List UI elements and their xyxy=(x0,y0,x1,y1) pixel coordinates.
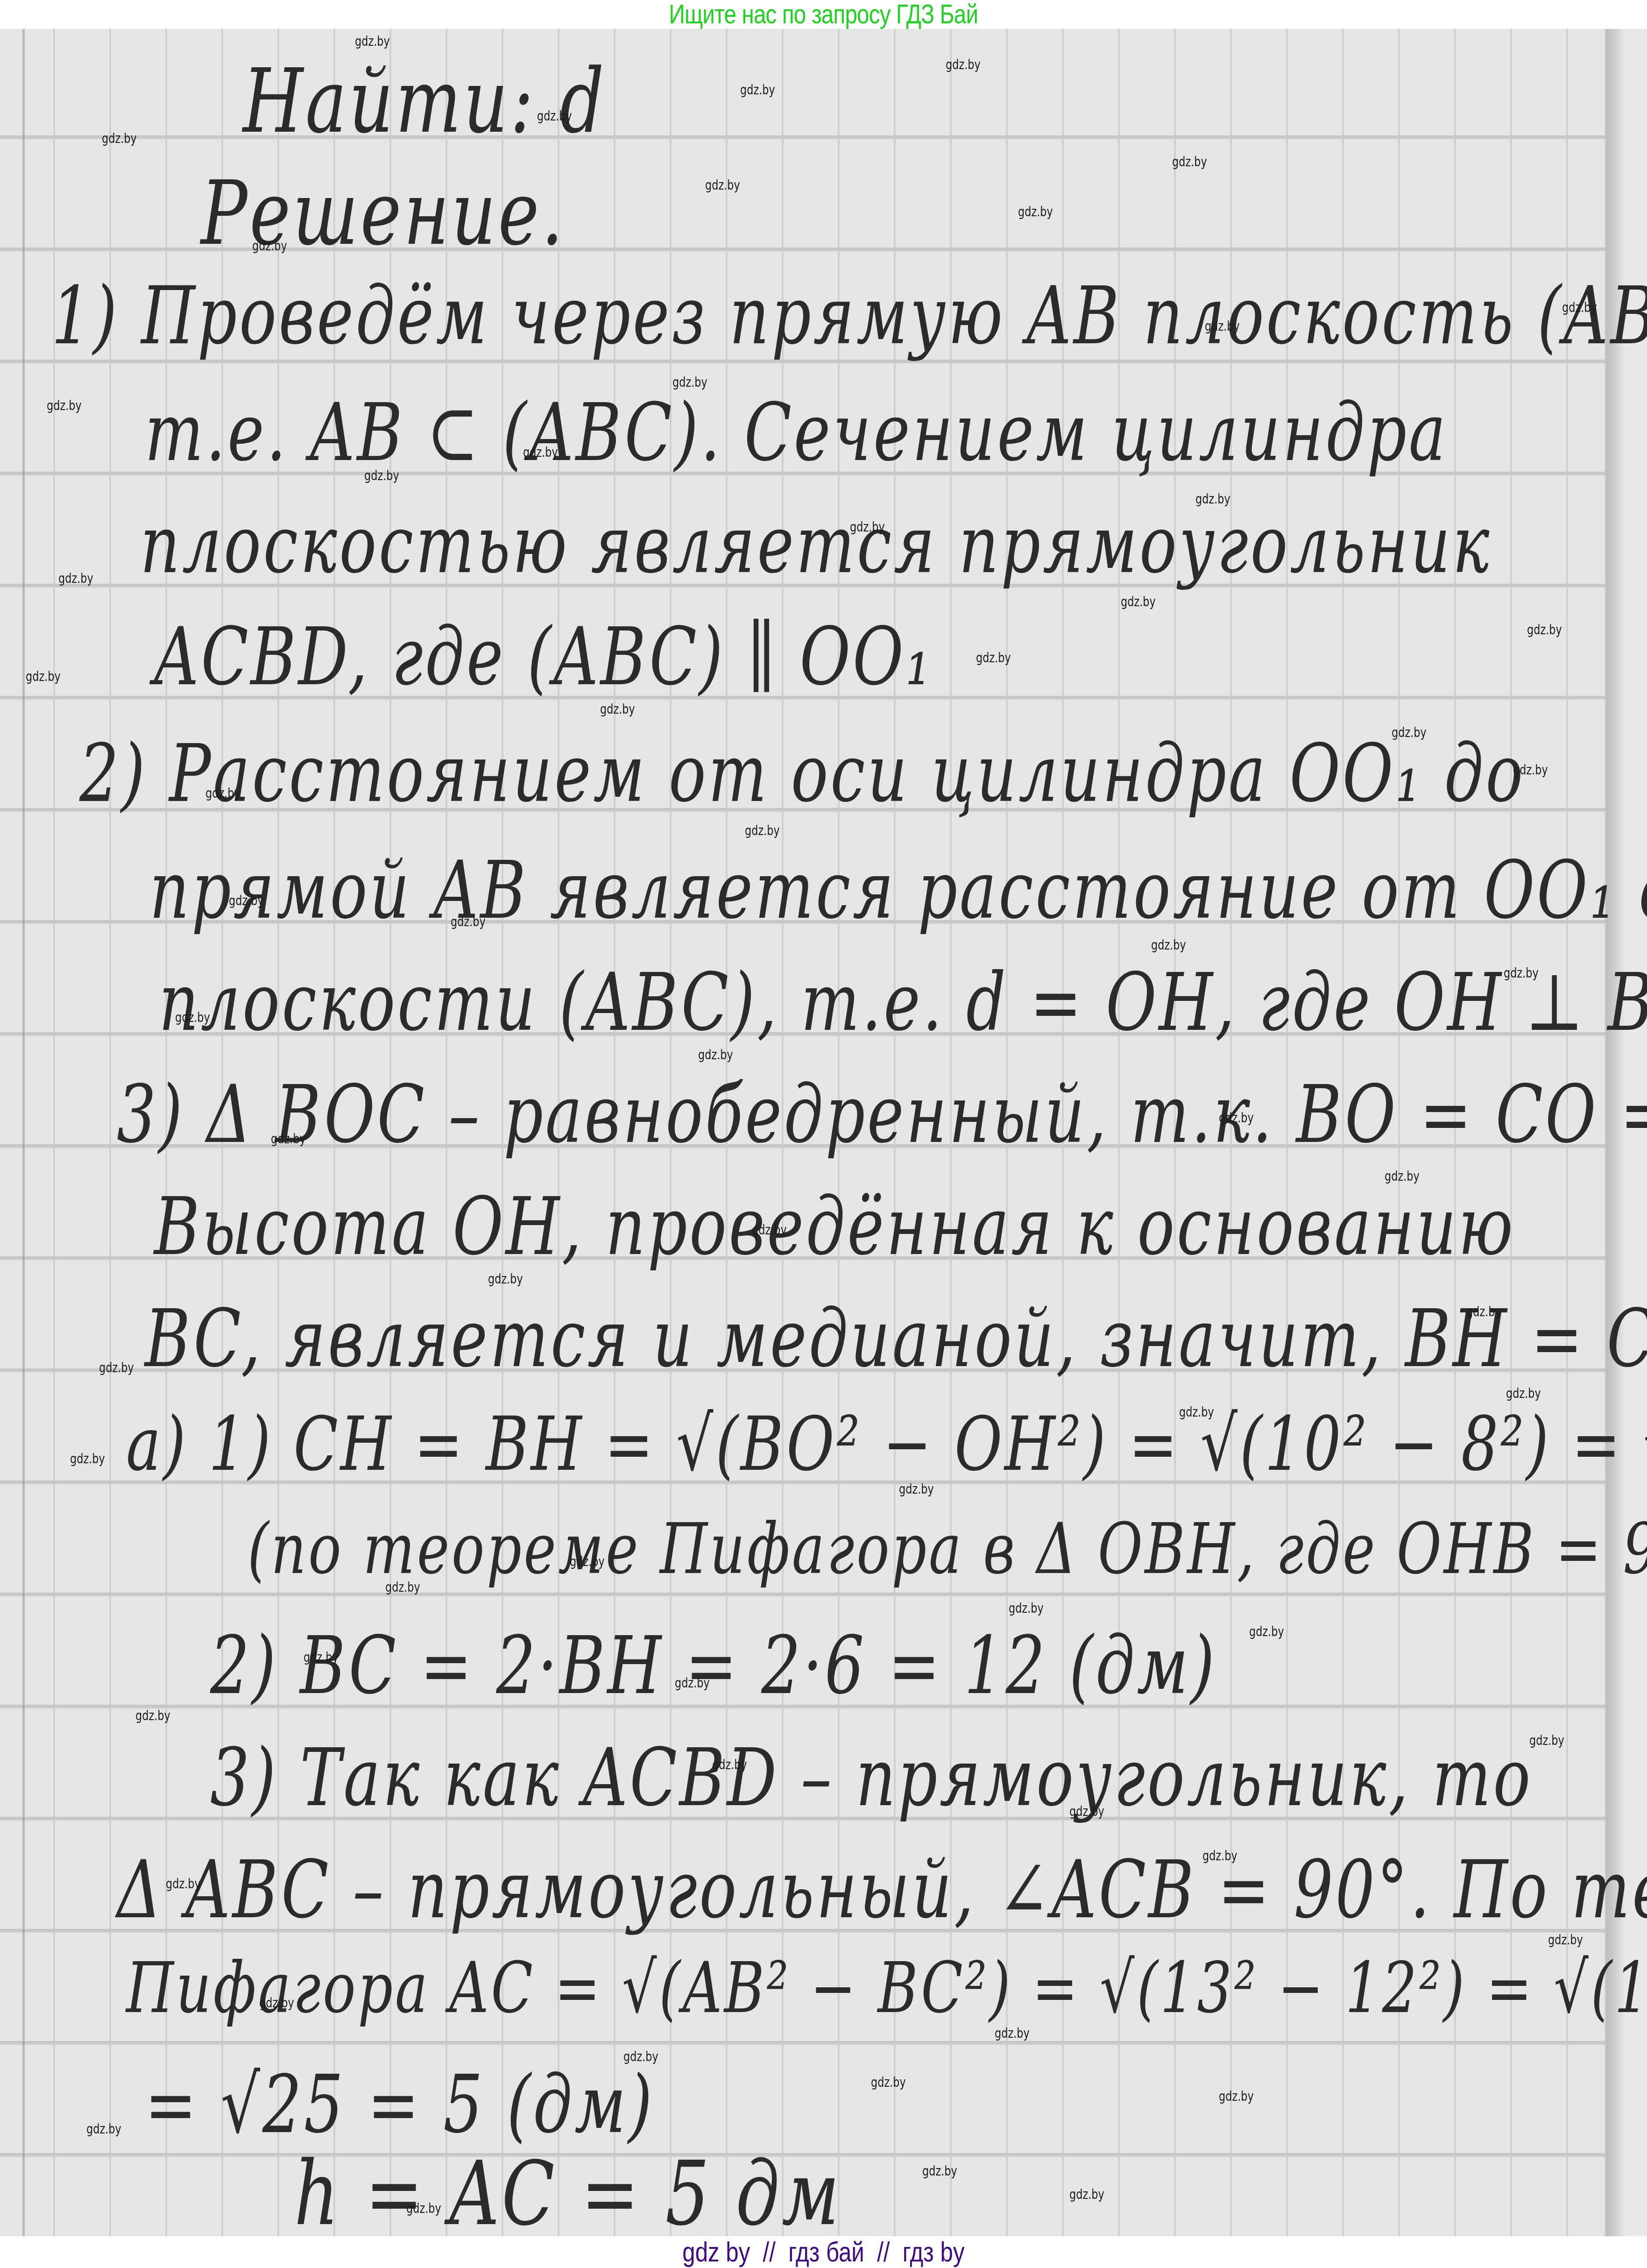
watermark: gdz.by xyxy=(175,1010,210,1025)
watermark: gdz.by xyxy=(946,57,981,72)
watermark: gdz.by xyxy=(355,34,390,49)
watermark: gdz.by xyxy=(1385,1169,1420,1184)
step-2-line-1: 2) Расстоянием от оси цилиндра OO₁ до xyxy=(79,734,1525,814)
watermark: gdz.by xyxy=(1179,1404,1214,1420)
watermark: gdz.by xyxy=(752,1222,787,1238)
watermark: gdz.by xyxy=(899,1481,934,1497)
watermark: gdz.by xyxy=(1466,1304,1501,1319)
step-1-line-2: т.е. AB ⊂ (ABC). Сечением цилиндра xyxy=(145,393,1448,473)
watermark: gdz.by xyxy=(1069,1804,1104,1819)
watermark: gdz.by xyxy=(1069,2187,1104,2202)
watermark: gdz.by xyxy=(1529,1733,1564,1748)
watermark: gdz.by xyxy=(523,445,558,460)
part-a-step-1-note: (по теореме Пифагора в Δ OBH, где OHB = … xyxy=(247,1514,1647,1584)
watermark: gdz.by xyxy=(705,177,740,193)
part-a-step-2: 2) BC = 2·BH = 2·6 = 12 (дм) xyxy=(210,1626,1217,1706)
bottom-banner-text: gdz by // гдз бай // гдз by xyxy=(682,2236,964,2268)
watermark: gdz.by xyxy=(976,650,1011,666)
watermark: gdz.by xyxy=(58,571,93,586)
watermark: gdz.by xyxy=(166,1876,201,1892)
watermark: gdz.by xyxy=(1506,1386,1541,1401)
watermark: gdz.by xyxy=(1527,622,1562,638)
watermark: gdz.by xyxy=(600,702,635,717)
watermark: gdz.by xyxy=(1202,1848,1237,1864)
watermark: gdz.by xyxy=(47,398,82,413)
watermark: gdz.by xyxy=(229,893,264,908)
step-1-line-3: плоскостью является прямоугольник xyxy=(140,505,1491,585)
watermark: gdz.by xyxy=(385,1580,420,1595)
watermark: gdz.by xyxy=(26,669,61,684)
watermark: gdz.by xyxy=(205,786,240,801)
part-a-step-1: а) 1) CH = BH = √(BO² − OH²) = √(10² − 8… xyxy=(126,1407,1647,1481)
watermark: gdz.by xyxy=(1219,1110,1254,1126)
watermark: gdz.by xyxy=(1219,2089,1254,2104)
watermark: gdz.by xyxy=(1205,319,1240,334)
watermark: gdz.by xyxy=(995,2026,1030,2041)
step-3-line-1: 3) Δ BOC – равнобедренный, т.к. BO = CO … xyxy=(117,1075,1647,1155)
watermark: gdz.by xyxy=(850,519,885,535)
watermark: gdz.by xyxy=(1195,491,1230,507)
part-a-step-3-line-4: = √25 = 5 (дм) xyxy=(145,2065,654,2145)
watermark: gdz.by xyxy=(451,914,486,929)
watermark: gdz.by xyxy=(1504,965,1539,981)
step-2-line-3: плоскости (ABC), т.е. d = OH, где OH ⊥ B… xyxy=(159,963,1647,1042)
watermark: gdz.by xyxy=(488,1271,523,1287)
watermark: gdz.by xyxy=(1562,300,1597,315)
watermark: gdz.by xyxy=(537,108,572,124)
watermark: gdz.by xyxy=(1392,725,1427,740)
watermark: gdz.by xyxy=(623,2049,658,2064)
watermark: gdz.by xyxy=(570,1554,605,1569)
watermark: gdz.by xyxy=(745,823,780,838)
notebook-page: Найти: d Решение. 1) Проведём через прям… xyxy=(0,29,1647,2236)
top-banner: Ищите нас по запросу ГДЗ Бай xyxy=(0,0,1647,29)
watermark: gdz.by xyxy=(871,2075,906,2090)
margin-line xyxy=(22,29,25,2236)
watermark: gdz.by xyxy=(1513,762,1548,778)
watermark: gdz.by xyxy=(1548,1932,1583,1948)
watermark: gdz.by xyxy=(1018,204,1053,220)
step-3-line-3: BC, является и медианой, значит, BH = CH xyxy=(145,1299,1647,1379)
watermark: gdz.by xyxy=(86,2121,121,2137)
watermark: gdz.by xyxy=(70,1451,105,1467)
watermark: gdz.by xyxy=(304,1650,339,1665)
watermark: gdz.by xyxy=(1249,1624,1284,1639)
given-find-line: Найти: d xyxy=(243,57,606,146)
step-3-line-2: Высота OH, проведённая к основанию xyxy=(154,1187,1515,1267)
watermark: gdz.by xyxy=(102,131,137,146)
watermark: gdz.by xyxy=(712,1757,747,1772)
watermark: gdz.by xyxy=(271,1131,306,1147)
watermark: gdz.by xyxy=(406,2201,441,2216)
watermark: gdz.by xyxy=(1172,154,1207,170)
watermark: gdz.by xyxy=(922,2163,957,2179)
watermark: gdz.by xyxy=(252,238,287,254)
watermark: gdz.by xyxy=(698,1047,733,1063)
step-1-line-4: ACBD, где (ABC) ∥ OO₁ xyxy=(154,617,933,697)
watermark: gdz.by xyxy=(364,468,399,483)
watermark: gdz.by xyxy=(259,1995,294,2011)
answer-line: h = AC = 5 дм xyxy=(294,2149,841,2238)
watermark: gdz.by xyxy=(740,82,775,98)
watermark: gdz.by xyxy=(99,1360,134,1375)
watermark: gdz.by xyxy=(1121,594,1156,610)
step-1-line-1: 1) Проведём через прямую AB плоскость (A… xyxy=(51,276,1647,356)
part-a-step-3-line-2: Δ ABC – прямоугольный, ∠ACB = 90°. По те… xyxy=(117,1850,1647,1930)
bottom-banner: gdz by // гдз бай // гдз by xyxy=(0,2236,1647,2268)
part-a-step-3-line-3: Пифагора AC = √(AB² − BC²) = √(13² − 12²… xyxy=(126,1953,1647,2023)
top-banner-text: Ищите нас по запросу ГДЗ Бай xyxy=(669,0,978,29)
step-2-line-2: прямой AB является расстояние от OO₁ до xyxy=(149,851,1647,930)
watermark: gdz.by xyxy=(1009,1601,1044,1616)
watermark: gdz.by xyxy=(672,375,707,390)
watermark: gdz.by xyxy=(1151,937,1186,953)
watermark: gdz.by xyxy=(675,1675,710,1691)
watermark: gdz.by xyxy=(135,1708,170,1723)
part-a-step-3-line-1: 3) Так как ACBD – прямоугольник, то xyxy=(210,1738,1533,1818)
